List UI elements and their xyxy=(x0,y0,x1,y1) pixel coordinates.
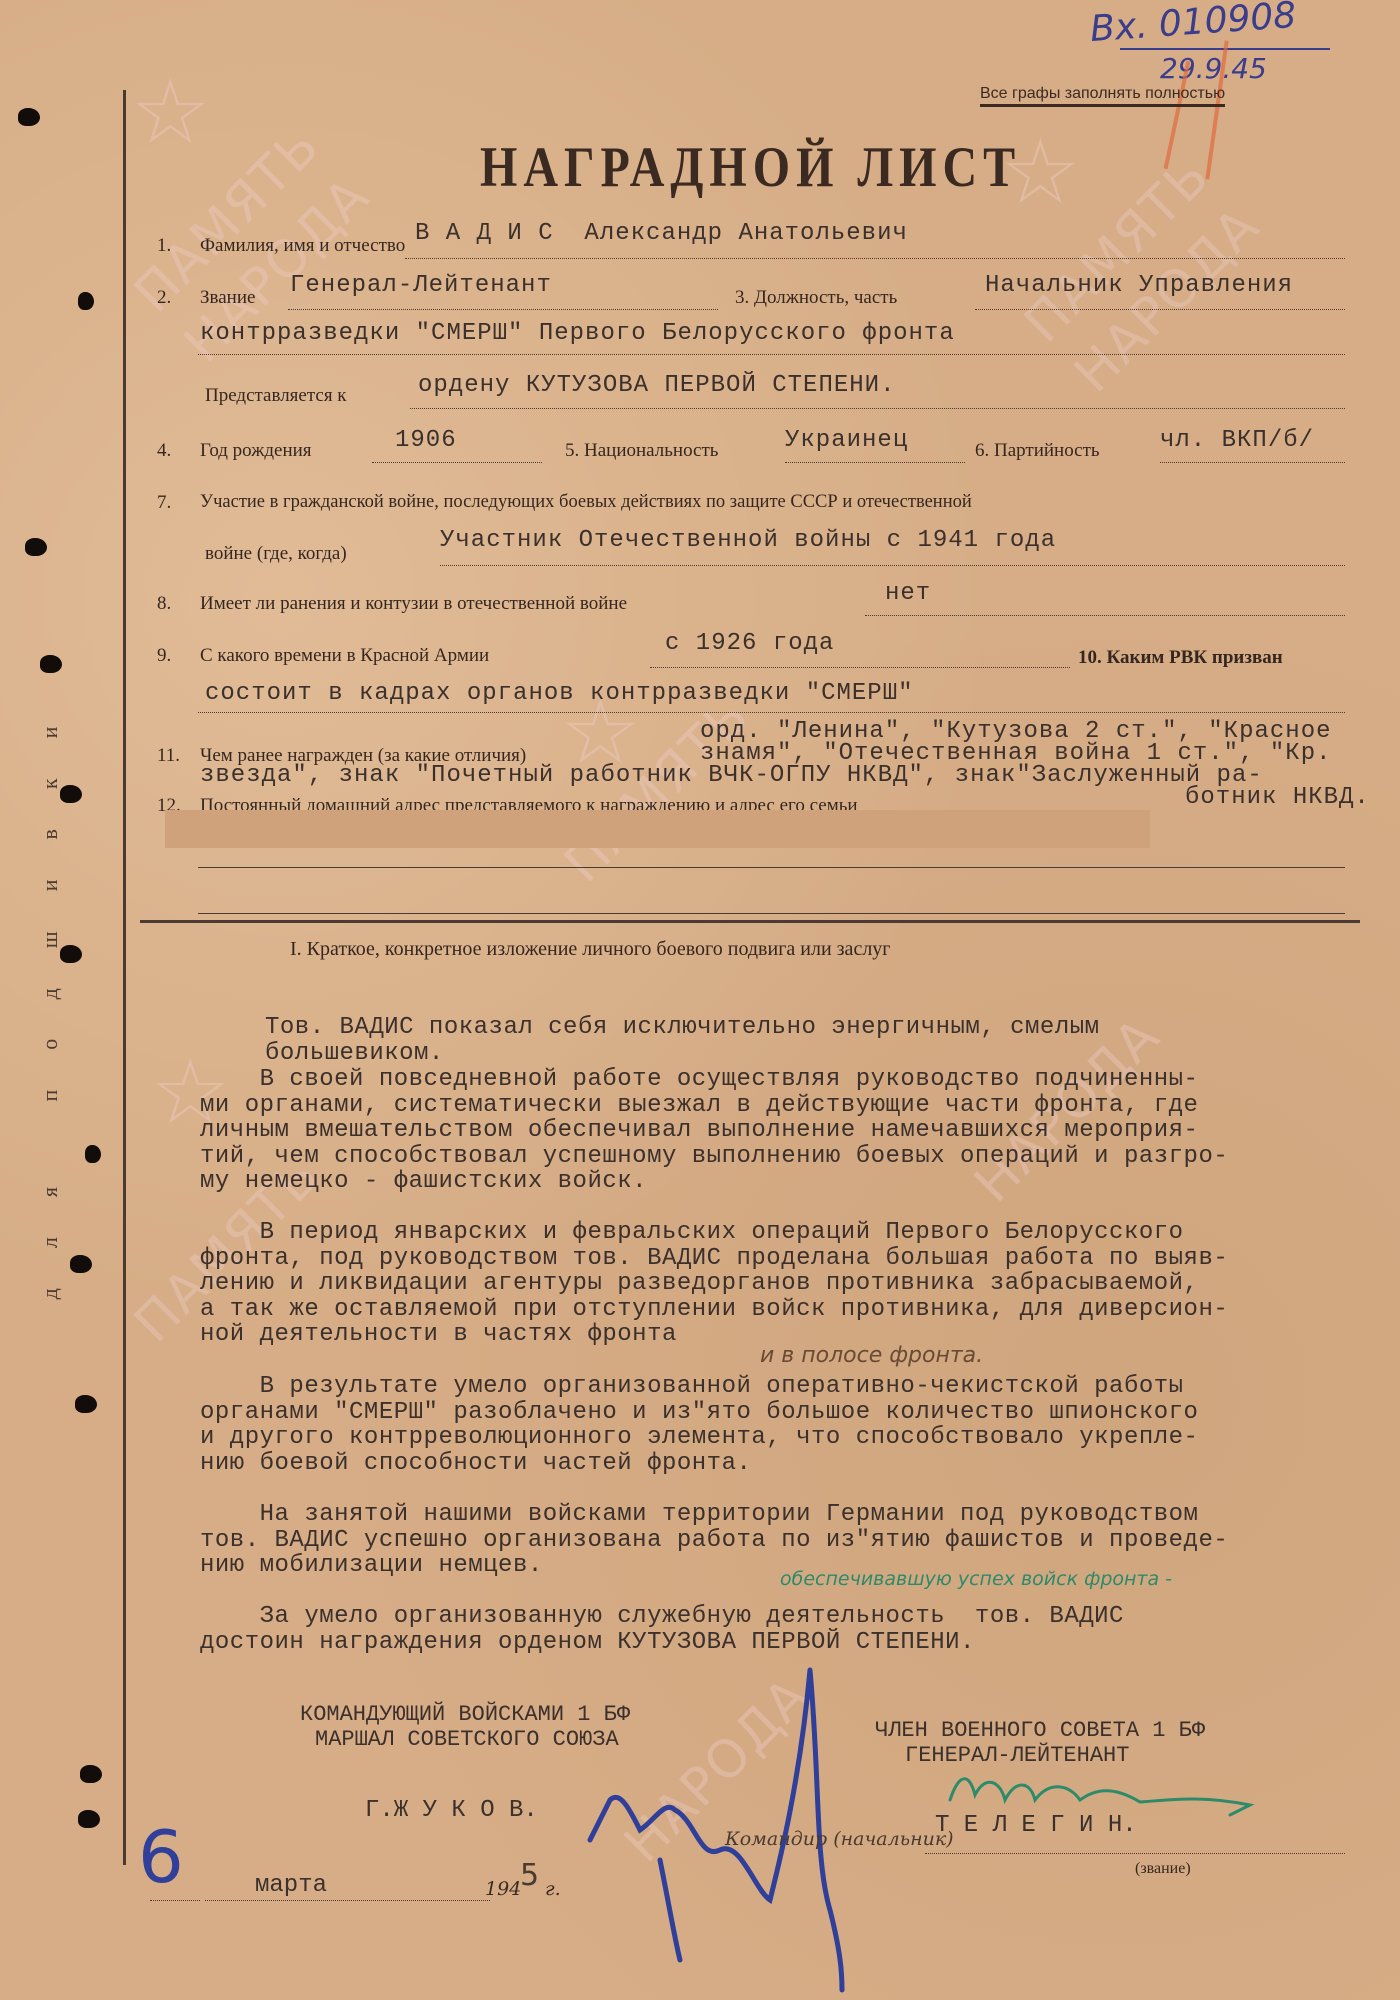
field-value-awards-line3[interactable]: звезда", знак "Почетный работник ВЧК-ОГП… xyxy=(200,762,1263,789)
field-label-wounds: Имеет ли ранения и контузии в отечествен… xyxy=(200,593,627,615)
field-number: 7. xyxy=(157,492,171,514)
fill-line xyxy=(785,462,965,463)
right-signatory-title: ЧЛЕН ВОЕННОГО СОВЕТА 1 БФ xyxy=(875,1718,1205,1743)
field-value-war-participation[interactable]: Участник Отечественной войны с 1941 года xyxy=(440,527,1056,554)
field-value-wounds[interactable]: нет xyxy=(885,580,931,607)
date-year-suffix[interactable]: 5 xyxy=(520,1858,539,1893)
fill-line xyxy=(198,354,1345,355)
punch-hole xyxy=(78,292,94,310)
rank-label: (звание) xyxy=(1135,1860,1191,1878)
fill-line xyxy=(405,258,1345,259)
field-value-army-since-cont[interactable]: состоит в кадрах органов контрразведки "… xyxy=(205,680,914,707)
field-label-nationality: 5. Национальность xyxy=(565,440,718,462)
binding-label: для подшивки xyxy=(37,683,63,1303)
left-signatory-rank: МАРШАЛ СОВЕТСКОГО СОЮЗА xyxy=(315,1727,619,1752)
paragraph: В своей повседневной работе осуществляя … xyxy=(200,1067,1360,1195)
punch-hole xyxy=(85,1145,101,1163)
redacted-address xyxy=(165,810,1150,848)
fill-line xyxy=(205,1900,490,1901)
left-signatory-name: Г.Ж У К О В. xyxy=(365,1797,538,1824)
field-label-text: Партийность xyxy=(994,440,1100,461)
page-title: НАГРАДНОЙ ЛИСТ xyxy=(480,135,1021,201)
fill-line xyxy=(650,667,1070,668)
field-label-name: Фамилия, имя и отчество xyxy=(200,235,405,257)
fill-line xyxy=(198,712,1345,713)
fill-line xyxy=(150,1900,200,1901)
field-label-text: Каким РВК призван xyxy=(1107,647,1283,668)
field-number: 5. xyxy=(565,440,579,461)
field-value-rank[interactable]: Генерал-Лейтенант xyxy=(290,272,552,299)
fill-line xyxy=(440,565,1345,566)
paragraph: Тов. ВАДИС показал себя исключительно эн… xyxy=(265,1015,1400,1066)
fill-line xyxy=(410,408,1345,409)
punch-hole xyxy=(78,1810,100,1828)
fill-line xyxy=(372,462,542,463)
paragraph: В период январских и февральских операци… xyxy=(200,1220,1360,1348)
telegin-signature-icon xyxy=(930,1760,1270,1820)
handwritten-insert: и в полосе фронта. xyxy=(760,1343,983,1368)
paragraph: За умело организованную служебную деятел… xyxy=(200,1604,1360,1655)
section-divider xyxy=(140,920,1360,923)
fill-line xyxy=(925,1853,1345,1854)
fill-line xyxy=(288,309,718,310)
date-year-prefix: 194 xyxy=(485,1878,521,1900)
date-year-abbr: г. xyxy=(545,1878,561,1900)
field-label-party: 6. Партийность xyxy=(975,440,1100,462)
punch-hole xyxy=(40,655,62,673)
field-label-position: 3. Должность, часть xyxy=(735,287,897,309)
fill-instruction: Все графы заполнять полностью xyxy=(980,85,1225,107)
punch-hole xyxy=(60,945,82,963)
field-label-conscription: 10. Каким РВК призван xyxy=(1078,647,1283,669)
field-number: 10. xyxy=(1078,647,1102,668)
fill-line xyxy=(975,309,1345,310)
watermark-star-icon: ☆ xyxy=(130,60,211,165)
field-number: 3. xyxy=(735,287,749,308)
field-label-war-participation-cont: войне (где, когда) xyxy=(205,543,347,565)
field-number: 4. xyxy=(157,440,171,462)
field-value-awards-line4[interactable]: ботник НКВД. xyxy=(1185,784,1370,811)
inbox-number: Вх. 010908 xyxy=(1089,0,1298,50)
commander-label: Командир (начальник) xyxy=(725,1828,954,1850)
nominated-value[interactable]: ордену КУТУЗОВА ПЕРВОЙ СТЕПЕНИ. xyxy=(418,372,895,399)
date-day[interactable]: 6 xyxy=(138,1815,184,1899)
field-value-birth-year[interactable]: 1906 xyxy=(395,427,457,454)
paragraph: В результате умело организованной операт… xyxy=(200,1374,1360,1476)
punch-hole xyxy=(80,1765,102,1783)
field-number: 6. xyxy=(975,440,989,461)
field-value-position-cont[interactable]: контрразведки "СМЕРШ" Первого Белорусско… xyxy=(200,320,955,347)
field-label-text: Национальность xyxy=(584,440,718,461)
field-label-birth-year: Год рождения xyxy=(200,440,312,462)
field-label-text: Должность, часть xyxy=(754,287,897,308)
field-value-nationality[interactable]: Украинец xyxy=(785,427,908,454)
field-value-party[interactable]: чл. ВКП/б/ xyxy=(1160,427,1314,454)
punch-hole xyxy=(25,538,47,556)
field-value-position[interactable]: Начальник Управления xyxy=(985,272,1293,299)
field-value-name[interactable]: В А Д И С Александр Анатольевич xyxy=(415,220,908,247)
field-number: 1. xyxy=(157,235,171,257)
field-number: 9. xyxy=(157,645,171,667)
field-value-army-since[interactable]: с 1926 года xyxy=(665,630,834,657)
punch-hole xyxy=(75,1395,97,1413)
section-heading: I. Краткое, конкретное изложение личного… xyxy=(290,938,891,961)
fill-line xyxy=(198,867,1345,868)
date-month[interactable]: марта xyxy=(255,1872,327,1899)
field-number: 8. xyxy=(157,593,171,615)
field-label-army-since: С какого времени в Красной Армии xyxy=(200,645,489,667)
punch-hole xyxy=(70,1255,92,1273)
punch-hole xyxy=(60,785,82,803)
fill-line xyxy=(865,615,1345,616)
field-label-rank: Звание xyxy=(200,287,255,309)
fill-line xyxy=(1160,462,1345,463)
field-label-war-participation: Участие в гражданской войне, последующих… xyxy=(200,492,972,513)
punch-hole xyxy=(18,108,40,126)
field-number: 2. xyxy=(157,287,171,309)
inbox-date: 29.9.45 xyxy=(1160,52,1267,85)
handwritten-insert: обеспечивавшую успех войск фронта - xyxy=(780,1568,1172,1590)
nominated-label: Представляется к xyxy=(205,385,347,407)
binding-margin-line xyxy=(123,90,126,1865)
fill-line xyxy=(198,913,1345,914)
field-number: 11. xyxy=(157,745,180,767)
